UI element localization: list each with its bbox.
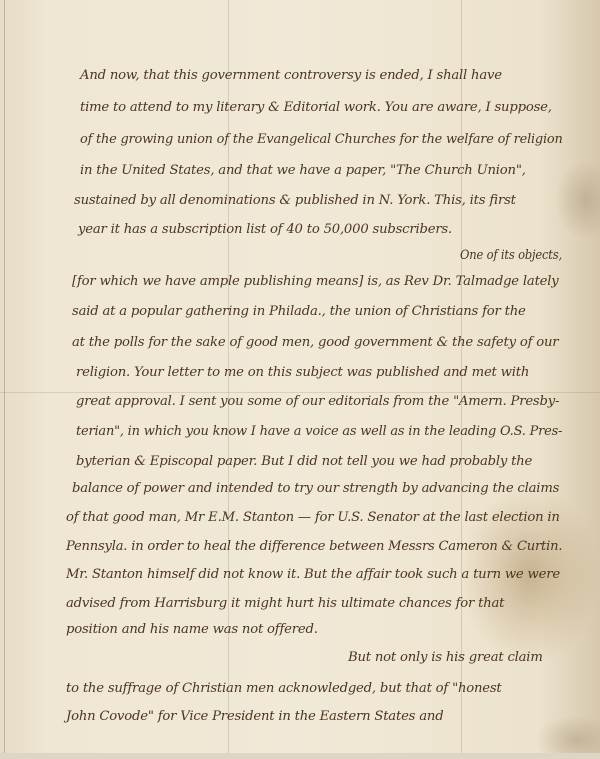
text-line: of the growing union of the Evangelical … <box>80 132 563 147</box>
text-line: John Covode" for Vice President in the E… <box>66 709 443 724</box>
text-line: religion. Your letter to me on this subj… <box>76 365 529 380</box>
text-line: Pennsyla. in order to heal the differenc… <box>66 539 562 554</box>
text-line: to the suffrage of Christian men acknowl… <box>66 681 502 696</box>
fold-crease-horizontal <box>0 392 600 393</box>
letter-page: And now, that this government controvers… <box>0 0 600 759</box>
text-line: And now, that this government controvers… <box>80 68 502 83</box>
text-line: But not only is his great claim <box>348 650 543 665</box>
text-line: sustained by all denominations & publish… <box>74 193 516 208</box>
text-line: terian", in which you know I have a voic… <box>76 424 562 439</box>
text-line: Mr. Stanton himself did not know it. But… <box>66 567 560 582</box>
text-line: of that good man, Mr E.M. Stanton — for … <box>66 510 560 525</box>
text-line: said at a popular gathering in Philada.,… <box>72 304 526 319</box>
text-line: in the United States, and that we have a… <box>80 163 526 178</box>
text-line: advised from Harrisburg it might hurt hi… <box>66 596 504 611</box>
text-line: great approval. I sent you some of our e… <box>76 394 559 409</box>
paper-edge <box>4 0 5 759</box>
text-line: balance of power and intended to try our… <box>72 481 559 496</box>
text-line: byterian & Episcopal paper. But I did no… <box>76 454 532 469</box>
text-line: at the polls for the sake of good men, g… <box>72 335 558 350</box>
text-line: position and his name was not offered. <box>66 622 318 637</box>
text-line: year it has a subscription list of 40 to… <box>78 222 452 237</box>
text-line: [for which we have ample publishing mean… <box>72 274 559 289</box>
scan-bottom-edge <box>0 753 600 759</box>
text-line: time to attend to my literary & Editoria… <box>80 100 552 115</box>
text-line: One of its objects, <box>460 248 562 263</box>
